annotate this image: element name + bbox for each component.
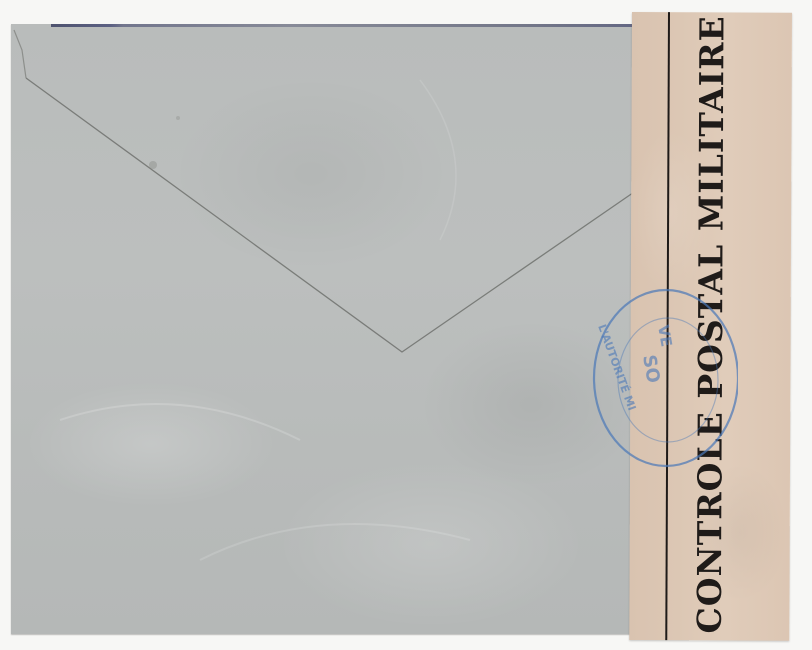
- strip-vertical-rule: [665, 12, 669, 640]
- envelope-back: [11, 24, 651, 634]
- censor-strip: CONTROLE POSTAL MILITAIRE: [629, 12, 792, 641]
- envelope-scan: CONTROLE POSTAL MILITAIRE L'AUTORITÉ MI …: [0, 0, 812, 650]
- censor-strip-label: CONTROLE POSTAL MILITAIRE: [690, 14, 732, 634]
- envelope-top-edge: [51, 24, 651, 27]
